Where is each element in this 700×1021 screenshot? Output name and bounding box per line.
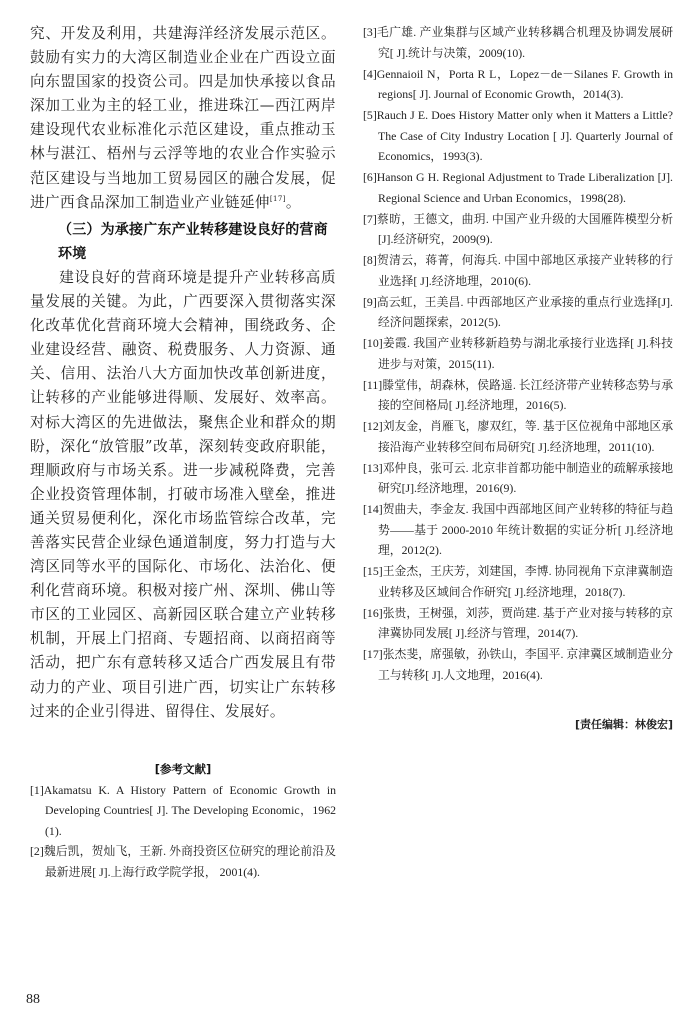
reference-item: [2]魏后凯，贺灿飞，王新. 外商投资区位研究的理论前沿及最新进展[ J].上海… [30,841,336,882]
body-paragraph: 究、开发及利用，共建海洋经济发展示范区。鼓励有实力的大湾区制造业企业在广西设立面… [30,22,336,215]
reference-item: [1]Akamatsu K. A History Pattern of Econ… [30,780,336,842]
left-column: 究、开发及利用，共建海洋经济发展示范区。鼓励有实力的大湾区制造业企业在广西设立面… [30,22,336,882]
reference-item: [7]蔡昉，王德文，曲玥. 中国产业升级的大国雁阵模型分析[J].经济研究，20… [363,209,673,250]
reference-item: [11]滕堂伟，胡森林，侯路遥. 长江经济带产业转移态势与承接的空间格局[ J]… [363,375,673,416]
reference-item: [3]毛广雄. 产业集群与区域产业转移耦合机理及协调发展研究[ J].统计与决策… [363,22,673,63]
reference-item: [6]Hanson G H. Regional Adjustment to Tr… [363,167,673,208]
responsible-editor: [责任编辑：林俊宏] [363,716,673,732]
right-column: [3]毛广雄. 产业集群与区域产业转移耦合机理及协调发展研究[ J].统计与决策… [363,22,673,732]
paragraph-end: 。 [286,194,301,211]
section-subheading: （三）为承接广东产业转移建设良好的营商环境 [30,218,336,266]
page-number: 88 [26,992,40,1008]
body-paragraph: 建设良好的营商环境是提升产业转移高质量发展的关键。为此，广西要深入贯彻落实深化改… [30,266,336,724]
reference-item: [17]张杰斐，席强敏，孙铁山，李国平. 京津冀区域制造业分工与转移[ J].人… [363,644,673,685]
citation-marker: [17] [270,195,286,203]
reference-item: [8]贺清云，蒋菁，何海兵. 中国中部地区承接产业转移的行业选择[ J].经济地… [363,250,673,291]
references-title: [参考文献] [30,761,336,777]
paragraph-text: 究、开发及利用，共建海洋经济发展示范区。鼓励有实力的大湾区制造业企业在广西设立面… [30,25,336,211]
reference-item: [13]邓仲良，张可云. 北京非首都功能中制造业的疏解承接地研究[J].经济地理… [363,458,673,499]
reference-item: [14]贺曲夫，李金友. 我国中西部地区间产业转移的特征与趋势——基于 2000… [363,499,673,561]
reference-item: [4]Gennaioil N，Porta R L，Lopez－de－Silane… [363,64,673,105]
reference-item: [12]刘友金，肖雁飞，廖双红，等. 基于区位视角中部地区承接沿海产业转移空间布… [363,416,673,457]
reference-item: [9]高云虹，王美昌. 中西部地区产业承接的重点行业选择[J].经济问题探索，2… [363,292,673,333]
reference-item: [5]Rauch J E. Does History Matter only w… [363,105,673,167]
reference-item: [16]张贵，王树强，刘莎，贾尚建. 基于产业对接与转移的京津冀协同发展[ J]… [363,603,673,644]
reference-item: [10]姜霞. 我国产业转移新趋势与湖北承接行业选择[ J].科技进步与对策，2… [363,333,673,374]
reference-item: [15]王金杰，王庆芳，刘建国，李博. 协同视角下京津冀制造业转移及区域间合作研… [363,561,673,602]
